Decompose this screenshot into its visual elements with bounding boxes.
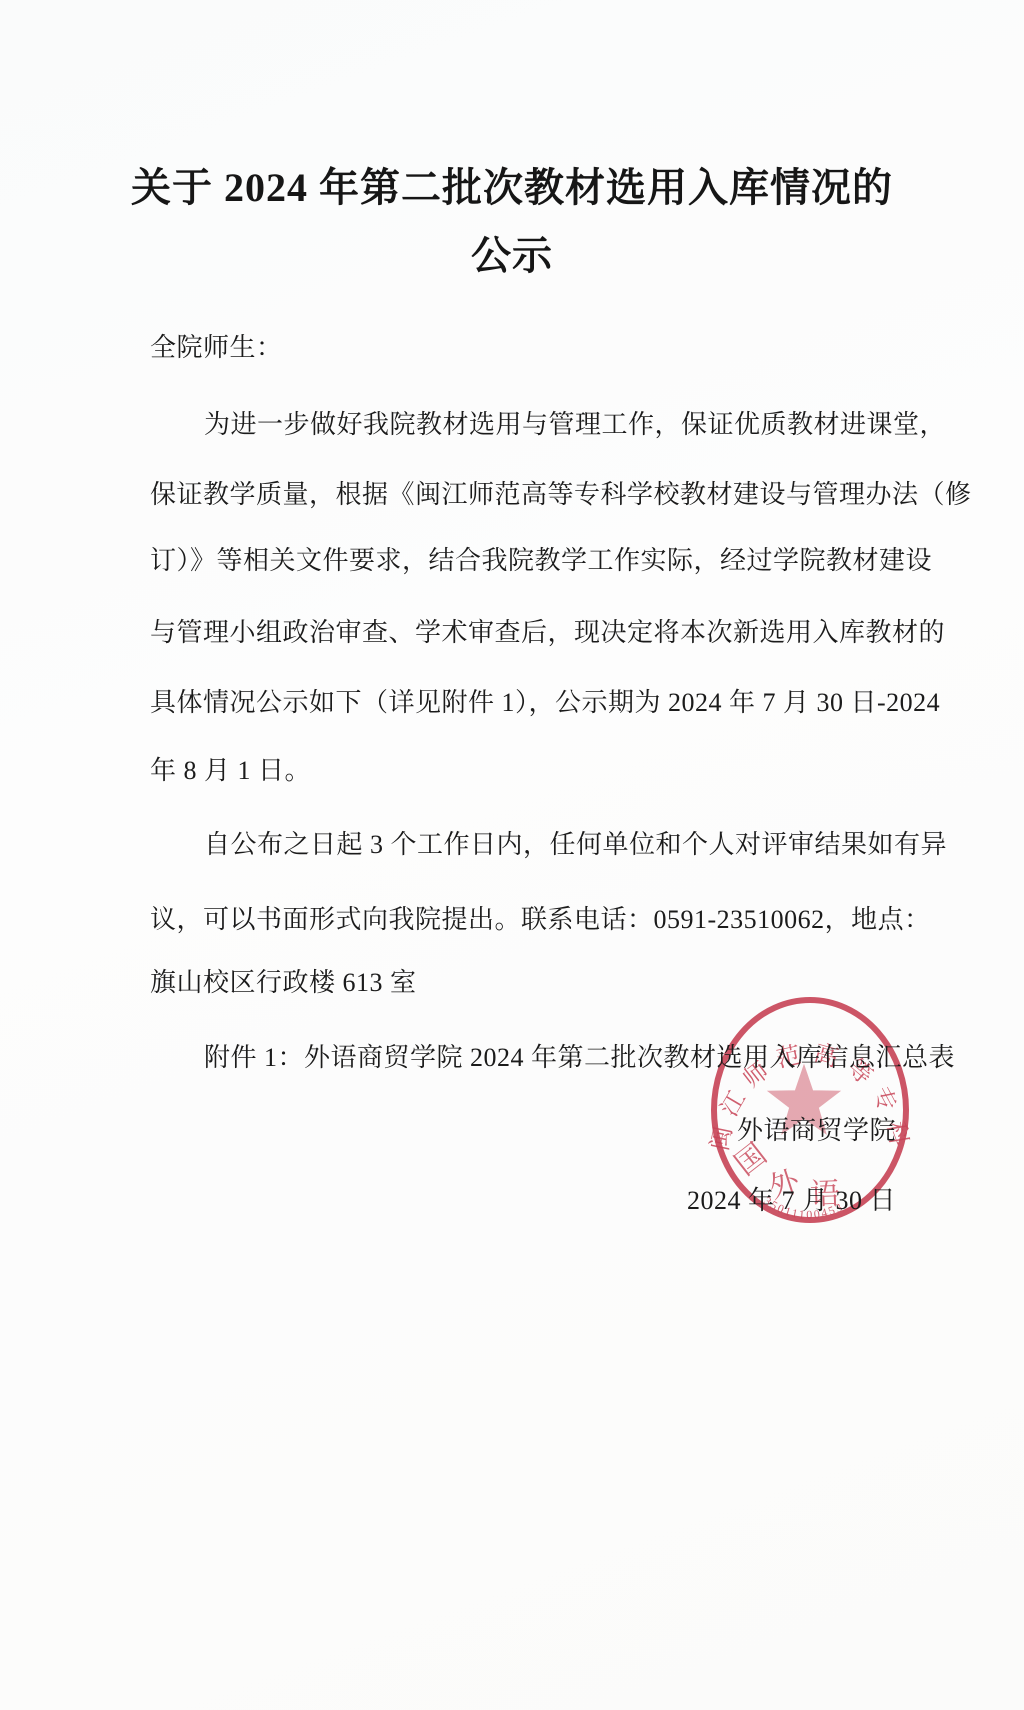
attachment-note: 附件 1：外语商贸学院 2024 年第二批次教材选用入库信息汇总表 xyxy=(204,1021,955,1089)
signature-date: 2024 年 7 月 30 日 xyxy=(687,1164,896,1232)
body-line: 旗山校区行政楼 613 室 xyxy=(150,946,417,1014)
document-title-line1: 关于 2024 年第二批次教材选用入库情况的 xyxy=(0,150,1024,218)
salutation: 全院师生： xyxy=(150,311,283,379)
document-title-line2: 公示 xyxy=(0,218,1024,286)
body-line: 议，可以书面形式向我院提出。联系电话：0591-23510062，地点： xyxy=(150,883,931,951)
body-line: 与管理小组政治审查、学术审查后，现决定将本次新选用入库教材的 xyxy=(150,596,945,664)
body-line: 保证教学质量，根据《闽江师范高等专科学校教材建设与管理办法（修 xyxy=(150,458,972,526)
body-line: 为进一步做好我院教材选用与管理工作，保证优质教材进课堂， xyxy=(204,388,946,456)
body-line: 年 8 月 1 日。 xyxy=(150,734,311,802)
scanned-announcement-page: 闽江师范高等专科学校 国 外 语 35011100453 关于 2024 年第二… xyxy=(0,0,1024,1710)
body-line: 订）》等相关文件要求，结合我院教学工作实际，经过学院教材建设 xyxy=(150,524,932,592)
body-line: 自公布之日起 3 个工作日内，任何单位和个人对评审结果如有异 xyxy=(204,808,947,876)
body-line: 具体情况公示如下（详见附件 1），公示期为 2024 年 7 月 30 日-20… xyxy=(150,666,940,734)
signature-department: 外语商贸学院 xyxy=(737,1094,896,1162)
